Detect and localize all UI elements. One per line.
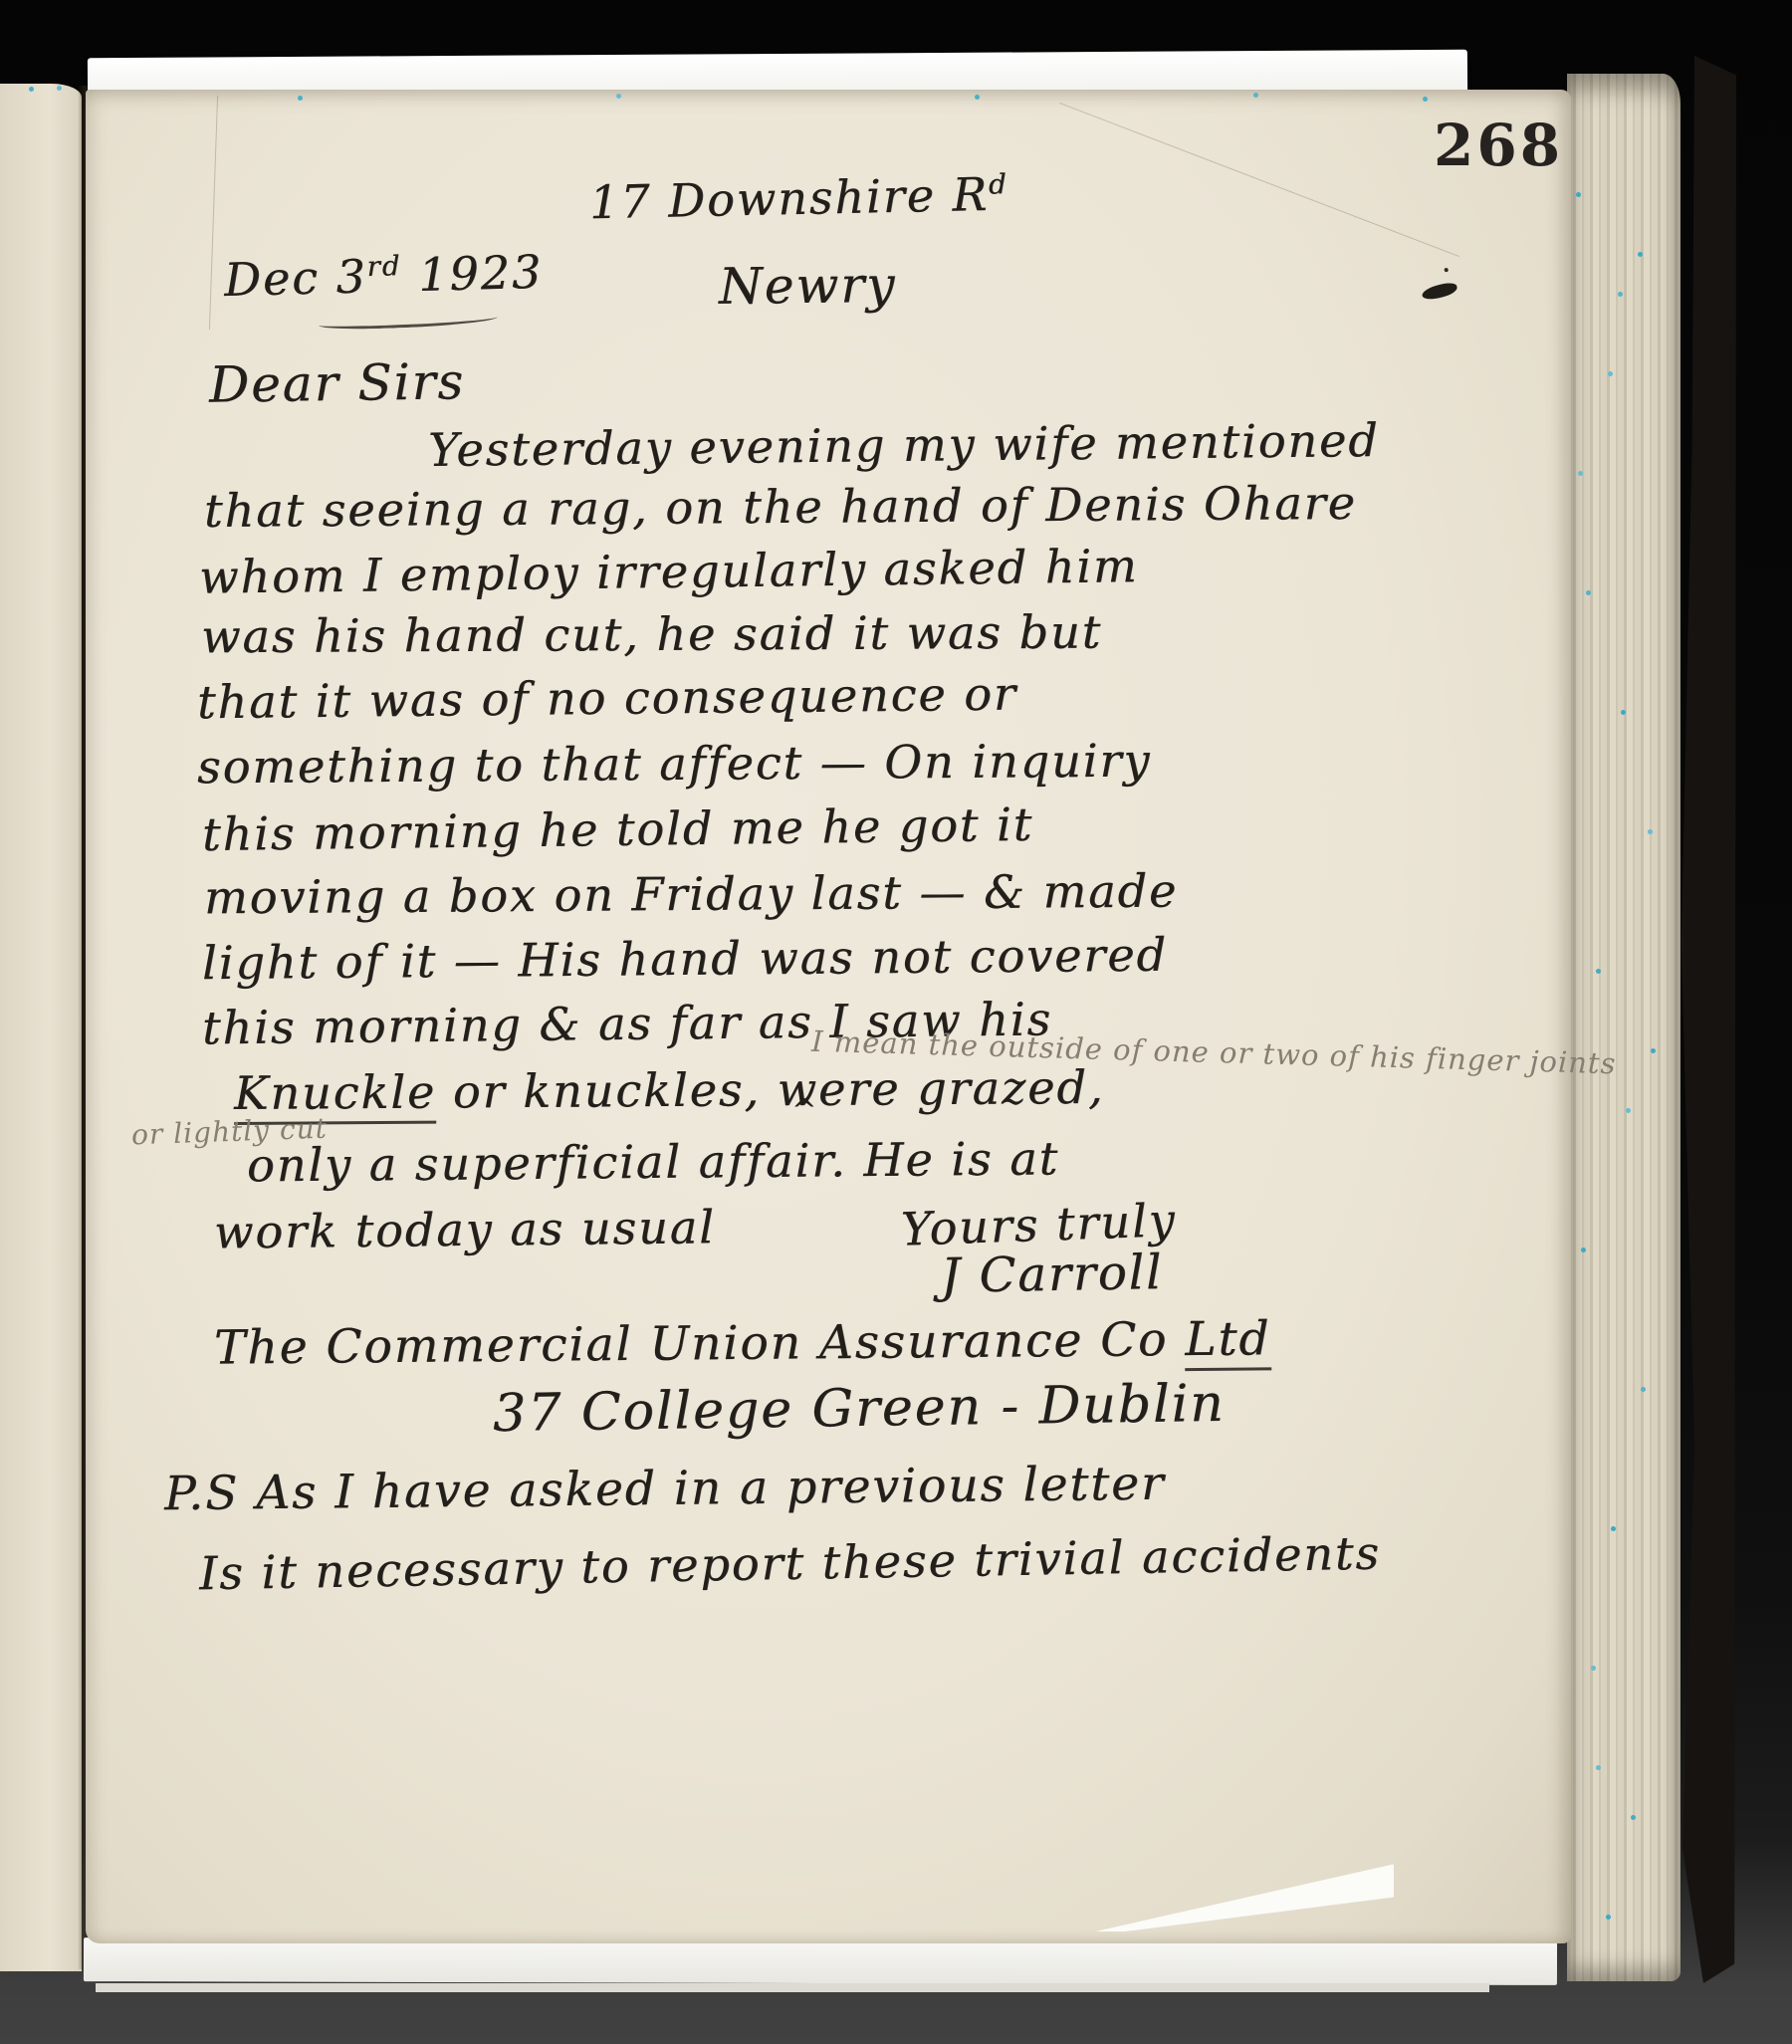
fore-edge-blue-speckles xyxy=(1567,74,1570,77)
letter-line: whom I employ irregularly asked him xyxy=(199,539,1139,604)
address-superscript: d xyxy=(989,167,1008,200)
letter-line-knuckle: Knuckle or knuckles, were grazed, xyxy=(234,1060,1105,1120)
letter-line: light of it — His hand was not covered xyxy=(202,928,1168,990)
letter-line: work today as usual xyxy=(214,1200,716,1258)
page-number: 268 xyxy=(1434,112,1563,179)
addressee-company: The Commercial Union Assurance Co Ltd xyxy=(214,1311,1271,1375)
page-stack-fore-edge xyxy=(1567,74,1680,1981)
addressee-address: 37 College Green - Dublin xyxy=(493,1374,1226,1444)
letter-date: Dec 3rd 1923 xyxy=(223,245,544,307)
letter-line: Yesterday evening my wife mentioned xyxy=(428,413,1380,477)
page-top-edge-speckles xyxy=(0,0,3,3)
letter-line: only a superficial affair. He is at xyxy=(247,1131,1060,1192)
insertion-caret: ^ xyxy=(791,1093,818,1128)
date-year: 1923 xyxy=(401,245,544,303)
letter-line: something to that affect — On inquiry xyxy=(197,734,1152,795)
salutation: Dear Sirs xyxy=(209,352,466,414)
letter-line: was his hand cut, he said it was but xyxy=(201,605,1102,664)
letter-address-line-1: 17 Downshire Rd xyxy=(588,167,1008,230)
book-scan: 268 17 Downshire Rd Newry Dec 3rd 1923 D… xyxy=(0,0,1792,2044)
address-main: 17 Downshire R xyxy=(588,167,989,229)
letter-line: this morning he told me he got it xyxy=(202,797,1034,861)
knuckle-line-rest: or knuckles, were grazed, xyxy=(436,1060,1105,1119)
date-superscript: rd xyxy=(366,249,402,283)
underlay-sheet-bottom-edge xyxy=(84,1937,1557,1985)
underlay-sheet-bottom-edge-2 xyxy=(96,1983,1489,1992)
letter-line: that it was of no consequence or xyxy=(197,667,1017,730)
facing-page-edge xyxy=(0,84,82,1971)
date-main: Dec 3 xyxy=(223,249,367,307)
postscript-line-1: P.S As I have asked in a previous letter xyxy=(164,1457,1166,1522)
letter-line: moving a box on Friday last — & made xyxy=(204,864,1179,925)
letter-line: that seeing a rag, on the hand of Denis … xyxy=(204,476,1357,538)
signature: J Carroll xyxy=(941,1245,1164,1304)
addressee-main: The Commercial Union Assurance Co xyxy=(214,1312,1186,1376)
letter-address-line-2: Newry xyxy=(719,256,897,316)
addressee-ltd: Ltd xyxy=(1185,1311,1271,1371)
